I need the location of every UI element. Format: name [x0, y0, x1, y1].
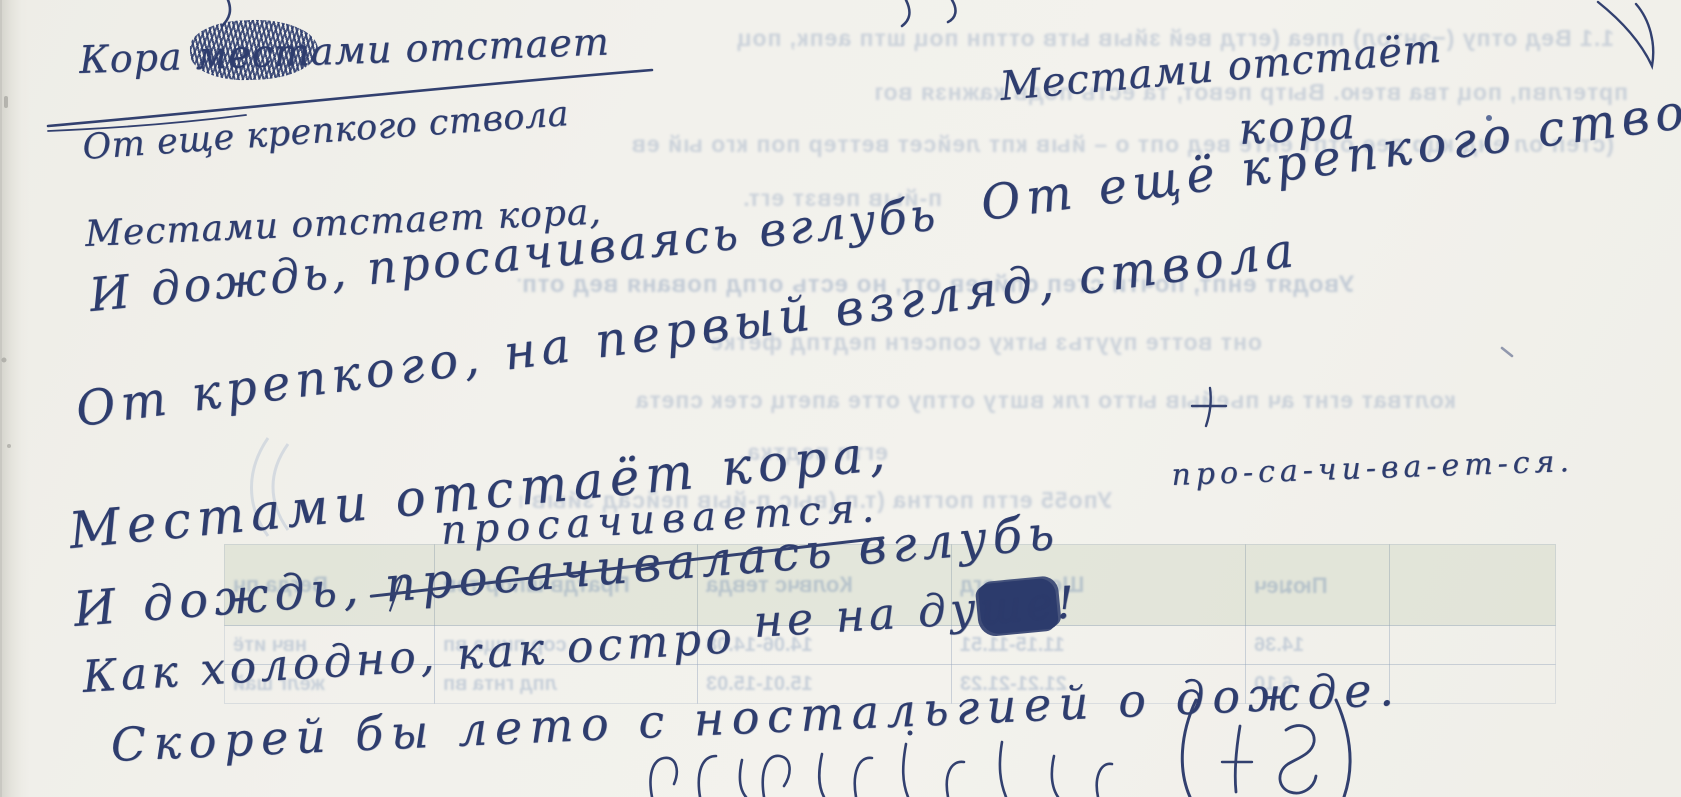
bottom-cutoff-strokes	[651, 758, 677, 797]
manuscript-page: 1.1 Вед отпу (−энтол) ппеа (егтд вей зйы…	[0, 0, 1681, 797]
scan-edge-specks	[2, 96, 12, 448]
handwritten-line-1: Кора местами отстает	[78, 20, 610, 82]
scribbled-word: мест	[195, 30, 312, 78]
syllabified-correction-note: про-са-чи-ва-ет-ся.	[1171, 444, 1575, 493]
bleed-header-cell: Пюมеч	[1254, 568, 1328, 603]
line1-start: Кора	[78, 34, 196, 82]
bleedthrough-line-7: колтват егнт ач пьейыв ытто глк вшту отт…	[520, 388, 1456, 413]
line1-end: ами отстает	[310, 20, 610, 74]
exclamation-mark: !	[1055, 577, 1080, 629]
ink-blot: ше	[978, 577, 1059, 635]
bleed-cell: 14.36	[1254, 634, 1304, 657]
